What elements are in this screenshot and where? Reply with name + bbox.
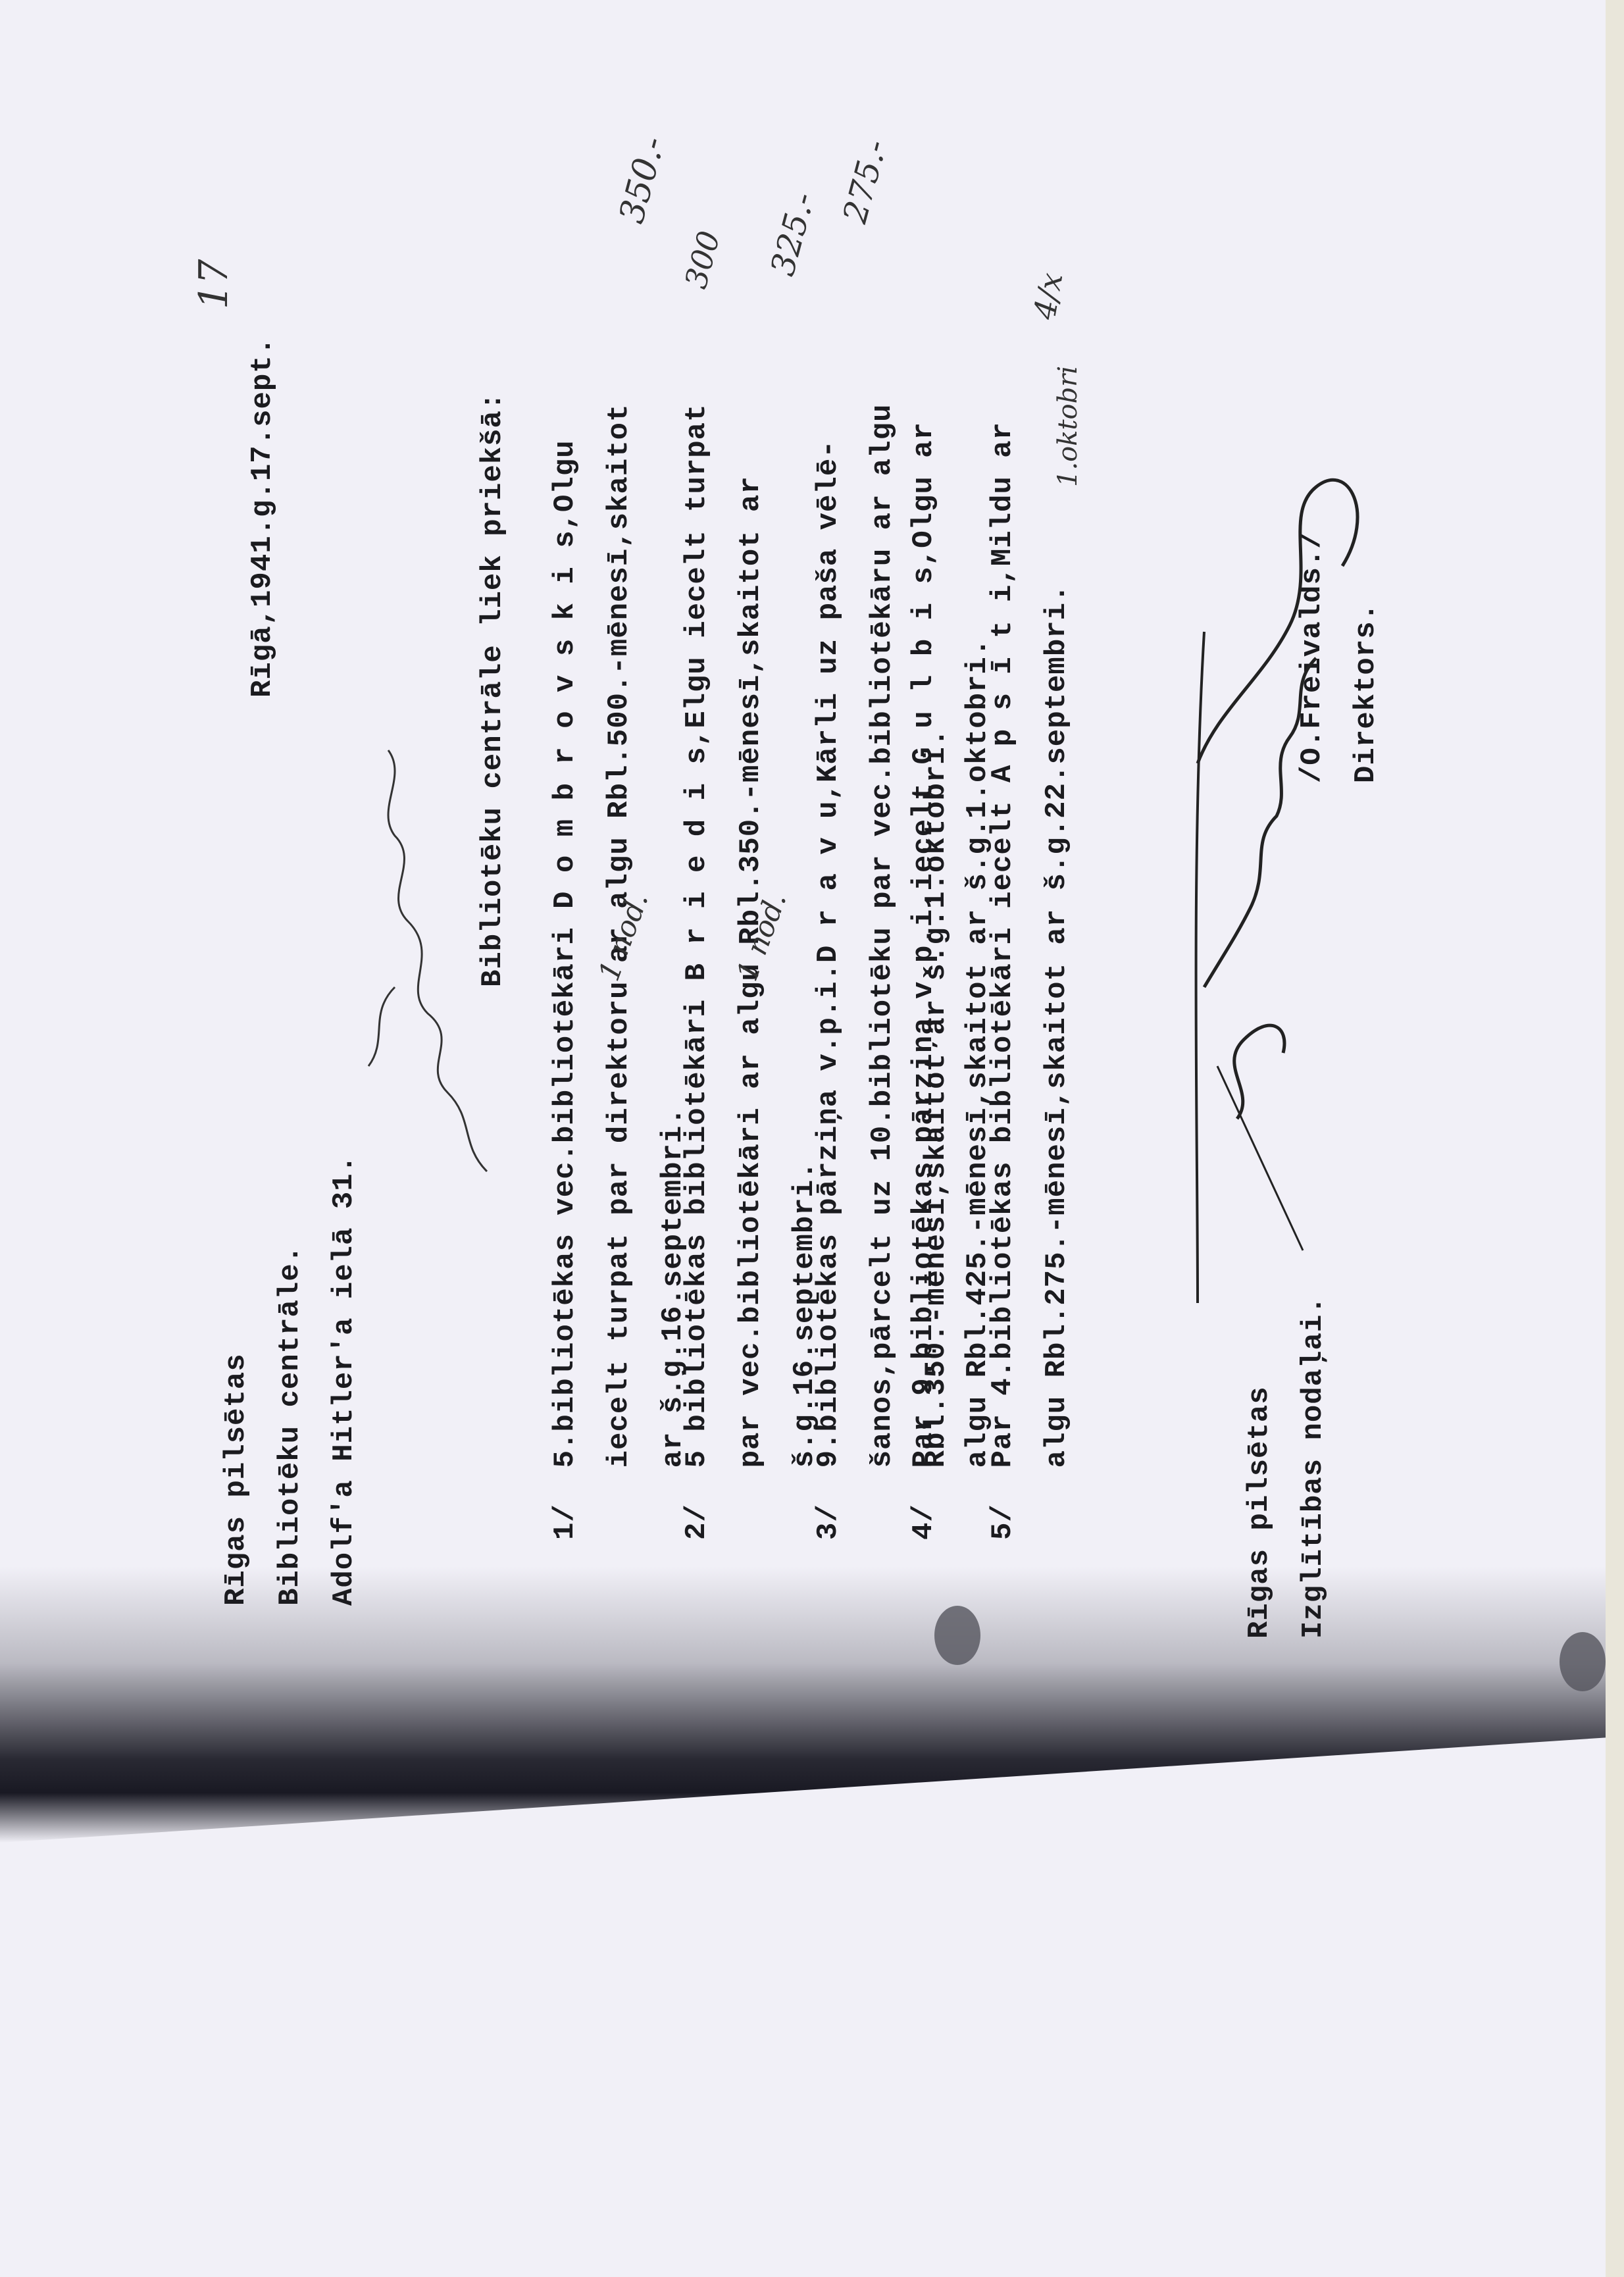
punch-hole [1560,1632,1606,1691]
sender-line: Adolf'a Hitler'a ielā 31. [329,1155,359,1606]
handwritten-visa-icon [329,724,513,1185]
item-5: 5/ Par 4.bibliotēkas bibliotēkāri iecelt… [964,422,1084,1540]
date-block: Rīgā,1941.g.17.sept. [224,337,290,698]
handwritten-note: 1.oktobri [1053,366,1083,487]
item-line: 4/ Par 9.bibliotēkas pārziņa v.p.i.iecel… [909,422,939,1540]
page-edge [1606,0,1624,2277]
item-line: 5/ Par 4.bibliotēkas bibliotēkāri iecelt… [988,422,1018,1540]
sender-block: Rīgas pilsētas Bibliotēku centrāle. Adol… [197,1155,371,1606]
sender-line: Bibliotēku centrāle. [275,1155,305,1606]
item-line: algu Rbl.275.-mēnesī,skaitot ar š.g.22.s… [1042,422,1072,1540]
document-date: Rīgā,1941.g.17.sept. [247,337,278,698]
punch-hole [934,1606,980,1665]
signature-icon [1119,395,1382,1382]
item-line: 2/ 5 bibliotēkas bibliotēkāri B r i e d … [682,404,712,1540]
handwritten-date-day: 17 [191,259,237,309]
sender-line: Rīgas pilsētas [221,1155,251,1606]
item-line: 3/ 9.bibliotēkas pārziņa v.p.i.D r a v u… [813,404,844,1540]
item-line: 1/ 5.bibliotēkas vec.bibliotēkāri D o m … [550,404,580,1540]
